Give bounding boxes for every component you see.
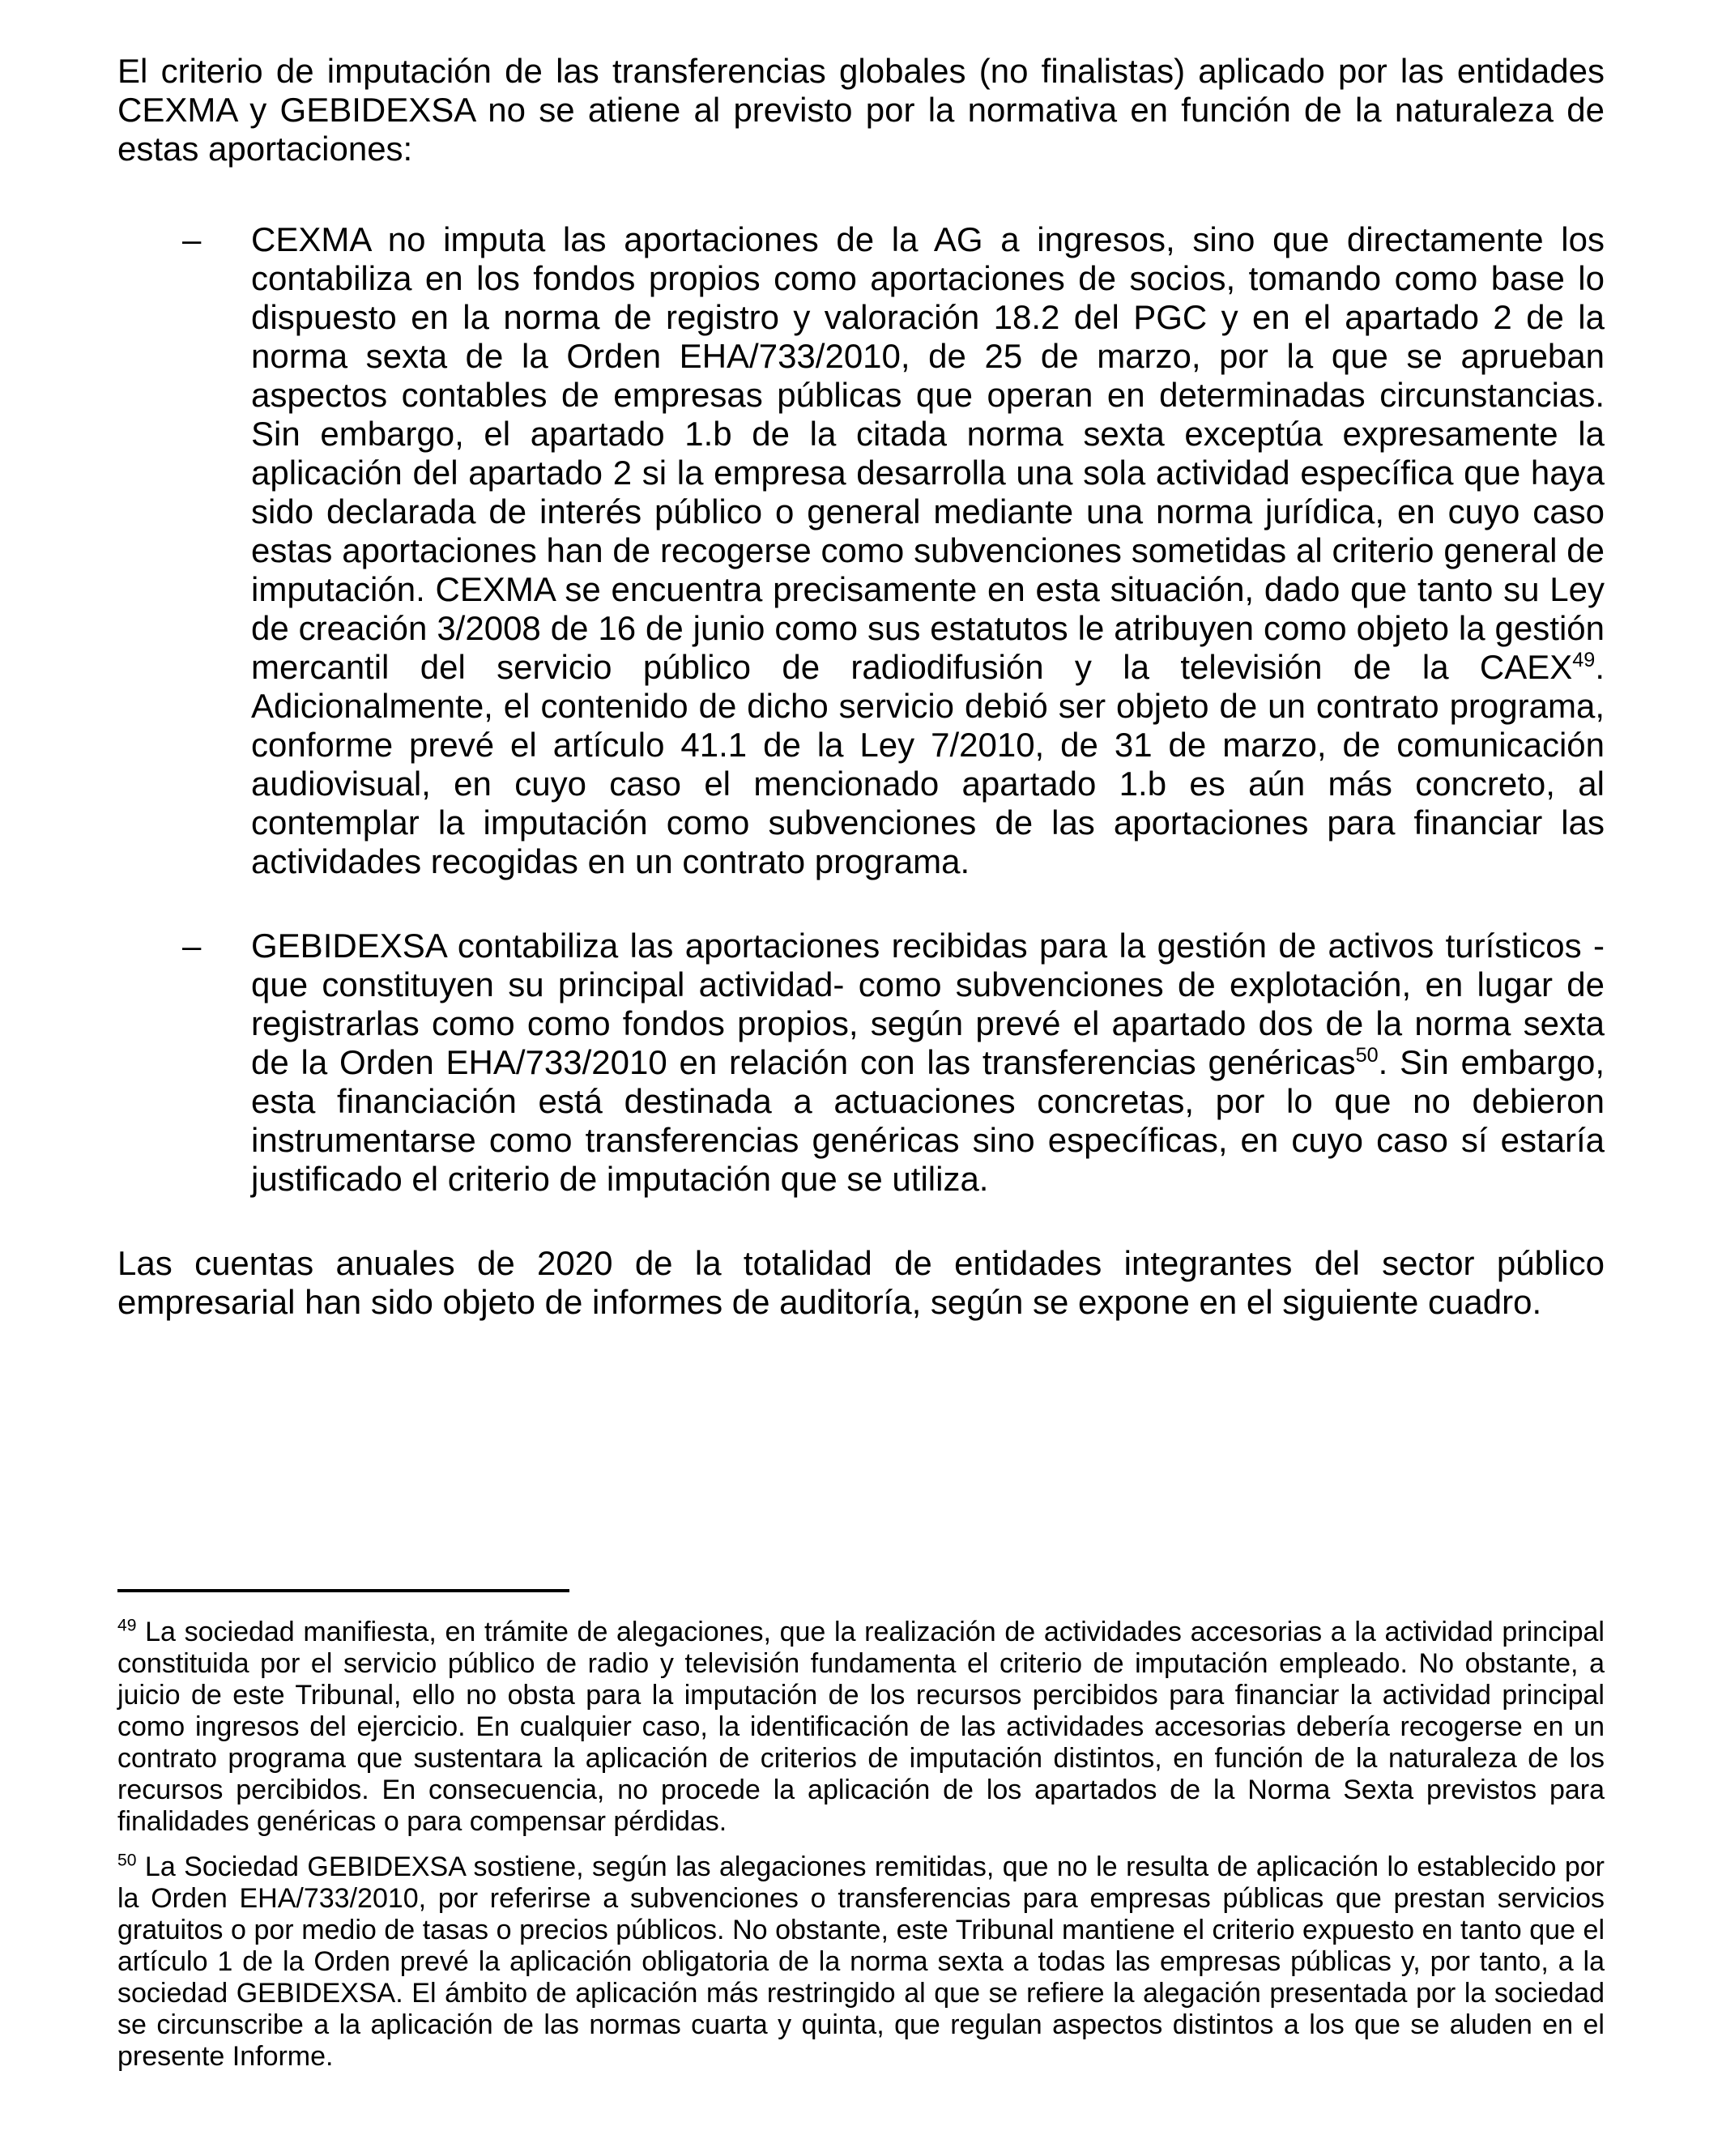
bullet-dash-marker: –	[117, 220, 251, 881]
bullet-dash-marker: –	[117, 927, 251, 1199]
footnote-49-text: La sociedad manifiesta, en trámite de al…	[117, 1617, 1605, 1837]
footnote-49: 49 La sociedad manifiesta, en trámite de…	[117, 1617, 1605, 1838]
bullet-item-gebidexsa: – GEBIDEXSA contabiliza las aportaciones…	[117, 927, 1605, 1199]
footnotes-section: 49 La sociedad manifiesta, en trámite de…	[117, 1589, 1605, 2086]
footnote-50-text: La Sociedad GEBIDEXSA sostiene, según la…	[117, 1851, 1605, 2072]
bullet-list: – CEXMA no imputa las aportaciones de la…	[117, 220, 1605, 1199]
bullet-text-segment: CEXMA no imputa las aportaciones de la A…	[251, 220, 1605, 686]
footnote-ref-49: 49	[1572, 649, 1595, 671]
footnote-50: 50 La Sociedad GEBIDEXSA sostiene, según…	[117, 1851, 1605, 2073]
footnote-49-marker: 49	[117, 1617, 136, 1635]
footnote-separator	[117, 1589, 569, 1592]
document-page: El criterio de imputación de las transfe…	[117, 52, 1605, 1322]
closing-paragraph: Las cuentas anuales de 2020 de la totali…	[117, 1244, 1605, 1322]
bullet-text: CEXMA no imputa las aportaciones de la A…	[251, 220, 1605, 881]
bullet-item-cexma: – CEXMA no imputa las aportaciones de la…	[117, 220, 1605, 881]
footnote-50-marker: 50	[117, 1851, 136, 1870]
bullet-text: GEBIDEXSA contabiliza las aportaciones r…	[251, 927, 1605, 1199]
intro-paragraph: El criterio de imputación de las transfe…	[117, 52, 1605, 168]
footnote-ref-50: 50	[1356, 1044, 1379, 1067]
